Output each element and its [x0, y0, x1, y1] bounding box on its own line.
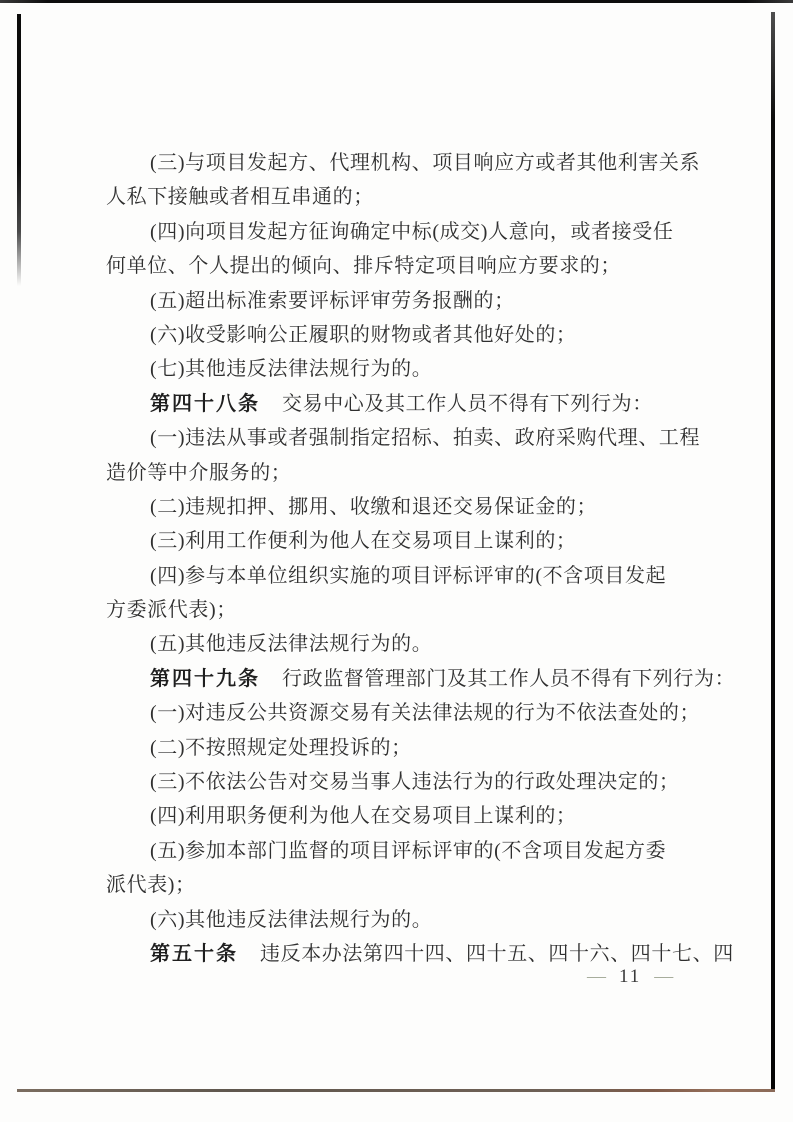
line-text: (一)违法从事或者强制指定招标、拍卖、政府采购代理、工程: [150, 427, 700, 449]
line-text: (七)其他违反法律法规行为的。: [150, 358, 432, 380]
scan-edge-right-line: [771, 12, 775, 1090]
article-heading: 第四十八条: [150, 393, 260, 415]
text-line: (一)违法从事或者强制指定招标、拍卖、政府采购代理、工程: [106, 421, 662, 455]
line-text: 交易中心及其工作人员不得有下列行为：: [282, 393, 653, 415]
scan-edge-left-line: [17, 14, 21, 286]
line-text: (五)超出标准索要评标评审劳务报酬的；: [150, 290, 515, 312]
page-number-value: 11: [619, 964, 641, 990]
line-text: 违反本办法第四十四、四十五、四十六、四十七、四: [260, 943, 734, 965]
line-text: (三)不依法公告对交易当事人违法行为的行政处理决定的；: [150, 771, 680, 793]
text-line: 派代表)；: [106, 868, 662, 902]
text-line: 方委派代表)；: [106, 593, 662, 627]
article-heading: 第四十九条: [150, 668, 260, 690]
line-text: (四)参与本单位组织实施的项目评标评审的(不含项目发起: [150, 565, 666, 587]
text-line: (六)收受影响公正履职的财物或者其他好处的；: [106, 318, 662, 352]
document-body: (三)与项目发起方、代理机构、项目响应方或者其他利害关系人私下接触或者相互串通的…: [106, 146, 662, 971]
line-text: (六)收受影响公正履职的财物或者其他好处的；: [150, 324, 577, 346]
text-line: 造价等中介服务的；: [106, 456, 662, 490]
text-line: (二)不按照规定处理投诉的；: [106, 731, 662, 765]
text-line: (一)对违反公共资源交易有关法律法规的行为不依法查处的；: [106, 696, 662, 730]
text-line: (二)违规扣押、挪用、收缴和退还交易保证金的；: [106, 490, 662, 524]
page-number-dash-left: —: [587, 964, 606, 990]
line-text: (一)对违反公共资源交易有关法律法规的行为不依法查处的；: [150, 702, 700, 724]
text-line: (四)参与本单位组织实施的项目评标评审的(不含项目发起: [106, 559, 662, 593]
text-line: (五)其他违反法律法规行为的。: [106, 627, 662, 661]
article-line: 第四十八条交易中心及其工作人员不得有下列行为：: [106, 387, 662, 421]
line-text: (三)与项目发起方、代理机构、项目响应方或者其他利害关系: [150, 152, 700, 174]
text-line: (六)其他违反法律法规行为的。: [106, 903, 662, 937]
line-text: 行政监督管理部门及其工作人员不得有下列行为：: [282, 668, 735, 690]
line-text: (五)参加本部门监督的项目评标评审的(不含项目发起方委: [150, 840, 666, 862]
page-number: — 11 —: [574, 964, 686, 990]
line-text: (四)利用职务便利为他人在交易项目上谋利的；: [150, 805, 577, 827]
line-text: (二)违规扣押、挪用、收缴和退还交易保证金的；: [150, 496, 597, 518]
page-bottom-rule: [17, 1089, 775, 1092]
text-line: (三)不依法公告对交易当事人违法行为的行政处理决定的；: [106, 765, 662, 799]
line-text: (二)不按照规定处理投诉的；: [150, 737, 412, 759]
text-line: (四)利用职务便利为他人在交易项目上谋利的；: [106, 799, 662, 833]
text-line: 人私下接触或者相互串通的；: [106, 180, 662, 214]
page-number-dash-right: —: [654, 964, 673, 990]
article-heading: 第五十条: [150, 943, 238, 965]
line-text: 方委派代表)；: [106, 599, 237, 621]
line-text: 人私下接触或者相互串通的；: [106, 186, 374, 208]
scan-edge-top-line: [0, 0, 793, 3]
line-text: (四)向项目发起方征询确定中标(成交)人意向，或者接受任: [150, 221, 673, 243]
text-line: (四)向项目发起方征询确定中标(成交)人意向，或者接受任: [106, 215, 662, 249]
scanned-document-page: (三)与项目发起方、代理机构、项目响应方或者其他利害关系人私下接触或者相互串通的…: [0, 0, 793, 1122]
line-text: 造价等中介服务的；: [106, 462, 291, 484]
line-text: 派代表)；: [106, 874, 196, 896]
article-line: 第四十九条行政监督管理部门及其工作人员不得有下列行为：: [106, 662, 662, 696]
text-line: 何单位、个人提出的倾向、排斥特定项目响应方要求的；: [106, 249, 662, 283]
line-text: (六)其他违反法律法规行为的。: [150, 909, 432, 931]
text-line: (五)超出标准索要评标评审劳务报酬的；: [106, 284, 662, 318]
text-line: (三)利用工作便利为他人在交易项目上谋利的；: [106, 524, 662, 558]
text-line: (七)其他违反法律法规行为的。: [106, 352, 662, 386]
line-text: (三)利用工作便利为他人在交易项目上谋利的；: [150, 530, 577, 552]
line-text: 何单位、个人提出的倾向、排斥特定项目响应方要求的；: [106, 255, 621, 277]
line-text: (五)其他违反法律法规行为的。: [150, 633, 432, 655]
text-line: (三)与项目发起方、代理机构、项目响应方或者其他利害关系: [106, 146, 662, 180]
text-line: (五)参加本部门监督的项目评标评审的(不含项目发起方委: [106, 834, 662, 868]
